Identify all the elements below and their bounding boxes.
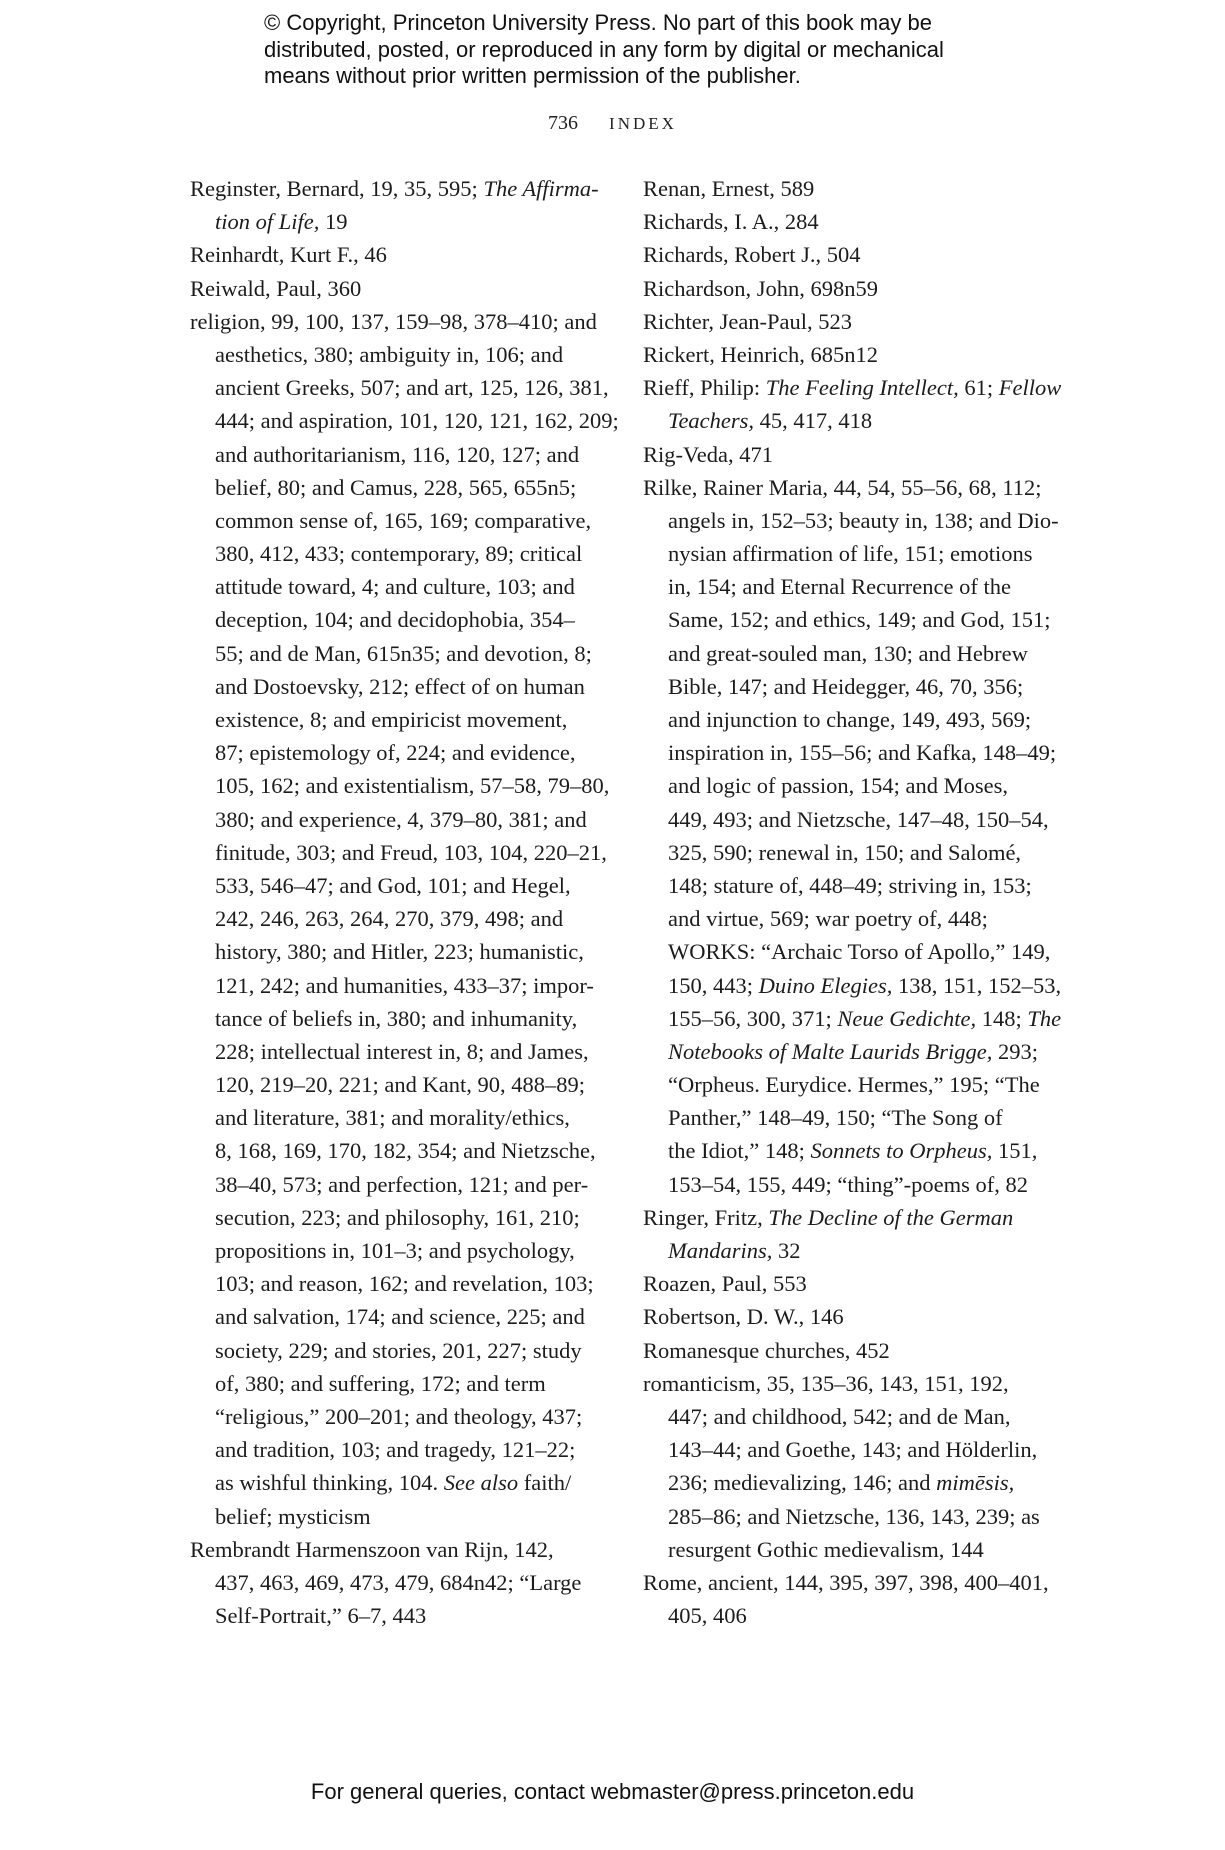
- index-entry: Reiwald, Paul, 360: [190, 272, 620, 305]
- entry-text: 148;: [976, 1006, 1027, 1031]
- index-entry-continuation: attitude toward, 4; and culture, 103; an…: [190, 570, 620, 603]
- entry-text: deception, 104; and decidophobia, 354–: [215, 607, 575, 632]
- entry-text: Same, 152; and ethics, 149; and God, 151…: [668, 607, 1050, 632]
- entry-text: Richards, I. A., 284: [643, 209, 819, 234]
- entry-text: tance of beliefs in, 380; and inhumanity…: [215, 1006, 577, 1031]
- entry-text: 449, 493; and Nietzsche, 147–48, 150–54,: [668, 807, 1049, 832]
- entry-text: as wishful thinking, 104.: [215, 1470, 444, 1495]
- entry-text: 293;: [992, 1039, 1038, 1064]
- index-entry-continuation: WORKS: “Archaic Torso of Apollo,” 149,: [643, 935, 1073, 968]
- copyright-notice: © Copyright, Princeton University Press.…: [264, 10, 1024, 90]
- index-entry-continuation: 533, 546–47; and God, 101; and Hegel,: [190, 869, 620, 902]
- copyright-line: © Copyright, Princeton University Press.…: [264, 10, 1024, 37]
- entry-text: Roazen, Paul, 553: [643, 1271, 807, 1296]
- index-entry-continuation: and great-souled man, 130; and Hebrew: [643, 637, 1073, 670]
- entry-text: romanticism, 35, 135–36, 143, 151, 192,: [643, 1371, 1009, 1396]
- entry-text: Bible, 147; and Heidegger, 46, 70, 356;: [668, 674, 1023, 699]
- entry-text: 285–86; and Nietzsche, 136, 143, 239; as: [668, 1504, 1040, 1529]
- index-entry-continuation: common sense of, 165, 169; comparative,: [190, 504, 620, 537]
- entry-text: and great-souled man, 130; and Hebrew: [668, 641, 1028, 666]
- entry-text: belief; mysticism: [215, 1504, 371, 1529]
- entry-text: and salvation, 174; and science, 225; an…: [215, 1304, 585, 1329]
- entry-text: 228; intellectual interest in, 8; and Ja…: [215, 1039, 589, 1064]
- entry-text: 447; and childhood, 542; and de Man,: [668, 1404, 1010, 1429]
- entry-text: 105, 162; and existentialism, 57–58, 79–…: [215, 773, 609, 798]
- index-entry-continuation: tion of Life, 19: [190, 205, 620, 238]
- index-entry: Richter, Jean-Paul, 523: [643, 305, 1073, 338]
- entry-text: 121, 242; and humanities, 433–37; impor-: [215, 973, 594, 998]
- index-entry: Robertson, D. W., 146: [643, 1300, 1073, 1333]
- entry-text: 155–56, 300, 371;: [668, 1006, 837, 1031]
- work-title: The Feeling Intellect,: [766, 375, 959, 400]
- entry-text: history, 380; and Hitler, 223; humanisti…: [215, 939, 584, 964]
- entry-text: 38–40, 573; and perfection, 121; and per…: [215, 1172, 588, 1197]
- index-entry: Rembrandt Harmenszoon van Rijn, 142,: [190, 1533, 620, 1566]
- entry-text: Self-Portrait,” 6–7, 443: [215, 1603, 426, 1628]
- entry-text: 103; and reason, 162; and revelation, 10…: [215, 1271, 594, 1296]
- entry-text: society, 229; and stories, 201, 227; stu…: [215, 1338, 582, 1363]
- entry-text: existence, 8; and empiricist movement,: [215, 707, 567, 732]
- index-entry-continuation: finitude, 303; and Freud, 103, 104, 220–…: [190, 836, 620, 869]
- entry-text: 87; epistemology of, 224; and evidence,: [215, 740, 576, 765]
- work-title: tion of Life,: [215, 209, 319, 234]
- index-entry-continuation: of, 380; and suffering, 172; and term: [190, 1367, 620, 1400]
- copyright-line: distributed, posted, or reproduced in an…: [264, 37, 1024, 64]
- entry-text: Rickert, Heinrich, 685n12: [643, 342, 878, 367]
- entry-text: and authoritarianism, 116, 120, 127; and: [215, 442, 579, 467]
- entry-text: ancient Greeks, 507; and art, 125, 126, …: [215, 375, 609, 400]
- entry-text: Rembrandt Harmenszoon van Rijn, 142,: [190, 1537, 554, 1562]
- entry-text: Richards, Robert J., 504: [643, 242, 860, 267]
- index-entry-continuation: and tradition, 103; and tragedy, 121–22;: [190, 1433, 620, 1466]
- index-entry: romanticism, 35, 135–36, 143, 151, 192,: [643, 1367, 1073, 1400]
- index-entry: Rickert, Heinrich, 685n12: [643, 338, 1073, 371]
- index-entry-continuation: 55; and de Man, 615n35; and devotion, 8;: [190, 637, 620, 670]
- index-entry-continuation: and logic of passion, 154; and Moses,: [643, 769, 1073, 802]
- index-entry-continuation: and authoritarianism, 116, 120, 127; and: [190, 438, 620, 471]
- entry-text: 380, 412, 433; contemporary, 89; critica…: [215, 541, 582, 566]
- entry-text: faith/: [518, 1470, 571, 1495]
- index-entry-continuation: 153–54, 155, 449; “thing”-poems of, 82: [643, 1168, 1073, 1201]
- work-title: mimēsis,: [936, 1470, 1014, 1495]
- page-number: 736: [548, 112, 578, 134]
- index-entry: Renan, Ernest, 589: [643, 172, 1073, 205]
- index-entry-continuation: and virtue, 569; war poetry of, 448;: [643, 902, 1073, 935]
- index-entry-continuation: existence, 8; and empiricist movement,: [190, 703, 620, 736]
- entry-text: belief, 80; and Camus, 228, 565, 655n5;: [215, 475, 576, 500]
- index-entry: Reinhardt, Kurt F., 46: [190, 238, 620, 271]
- index-entry-continuation: “Orpheus. Eurydice. Hermes,” 195; “The: [643, 1068, 1073, 1101]
- index-entry: Reginster, Bernard, 19, 35, 595; The Aff…: [190, 172, 620, 205]
- entry-text: nysian affirmation of life, 151; emotion…: [668, 541, 1033, 566]
- entry-text: 242, 246, 263, 264, 270, 379, 498; and: [215, 906, 563, 931]
- index-entry-continuation: 236; medievalizing, 146; and mimēsis,: [643, 1466, 1073, 1499]
- entry-text: Panther,” 148–49, 150; “The Song of: [668, 1105, 1003, 1130]
- index-entry-continuation: the Idiot,” 148; Sonnets to Orpheus, 151…: [643, 1134, 1073, 1167]
- index-entry-continuation: belief, 80; and Camus, 228, 565, 655n5;: [190, 471, 620, 504]
- index-entry: Richards, I. A., 284: [643, 205, 1073, 238]
- index-entry-continuation: 449, 493; and Nietzsche, 147–48, 150–54,: [643, 803, 1073, 836]
- entry-text: 405, 406: [668, 1603, 747, 1628]
- index-entry-continuation: 150, 443; Duino Elegies, 138, 151, 152–5…: [643, 969, 1073, 1002]
- index-entry-continuation: 148; stature of, 448–49; striving in, 15…: [643, 869, 1073, 902]
- index-entry-continuation: 405, 406: [643, 1599, 1073, 1632]
- index-entry-continuation: resurgent Gothic medievalism, 144: [643, 1533, 1073, 1566]
- index-entry-continuation: Mandarins, 32: [643, 1234, 1073, 1267]
- index-entry-continuation: 444; and aspiration, 101, 120, 121, 162,…: [190, 404, 620, 437]
- index-entry-continuation: Same, 152; and ethics, 149; and God, 151…: [643, 603, 1073, 636]
- entry-text: WORKS: “Archaic Torso of Apollo,” 149,: [668, 939, 1050, 964]
- entry-text: aesthetics, 380; ambiguity in, 106; and: [215, 342, 563, 367]
- index-entry-continuation: “religious,” 200–201; and theology, 437;: [190, 1400, 620, 1433]
- entry-text: Robertson, D. W., 146: [643, 1304, 844, 1329]
- work-title: Duino Elegies,: [759, 973, 893, 998]
- entry-text: angels in, 152–53; beauty in, 138; and D…: [668, 508, 1059, 533]
- index-column-left: Reginster, Bernard, 19, 35, 595; The Aff…: [190, 172, 620, 1632]
- entry-text: and literature, 381; and morality/ethics…: [215, 1105, 570, 1130]
- index-entry: Richards, Robert J., 504: [643, 238, 1073, 271]
- entry-text: Reginster, Bernard, 19, 35, 595;: [190, 176, 483, 201]
- entry-text: 61;: [959, 375, 999, 400]
- index-entry: Rieff, Philip: The Feeling Intellect, 61…: [643, 371, 1073, 404]
- index-column-right: Renan, Ernest, 589Richards, I. A., 284Ri…: [643, 172, 1073, 1632]
- entry-text: 138, 151, 152–53,: [892, 973, 1061, 998]
- entry-text: resurgent Gothic medievalism, 144: [668, 1537, 984, 1562]
- contact-footer: For general queries, contact webmaster@p…: [0, 1779, 1225, 1805]
- index-entry-continuation: Self-Portrait,” 6–7, 443: [190, 1599, 620, 1632]
- entry-text: 19: [319, 209, 347, 234]
- index-entry-continuation: 228; intellectual interest in, 8; and Ja…: [190, 1035, 620, 1068]
- index-entry-continuation: 380, 412, 433; contemporary, 89; critica…: [190, 537, 620, 570]
- running-head: 736 INDEX: [0, 112, 1225, 135]
- index-entry: Rome, ancient, 144, 395, 397, 398, 400–4…: [643, 1566, 1073, 1599]
- entry-text: Richter, Jean-Paul, 523: [643, 309, 852, 334]
- index-entry-continuation: 121, 242; and humanities, 433–37; impor-: [190, 969, 620, 1002]
- index-entry-continuation: nysian affirmation of life, 151; emotion…: [643, 537, 1073, 570]
- index-entry-continuation: and injunction to change, 149, 493, 569;: [643, 703, 1073, 736]
- index-entry-continuation: inspiration in, 155–56; and Kafka, 148–4…: [643, 736, 1073, 769]
- work-title: The: [1027, 1006, 1061, 1031]
- index-entry: Romanesque churches, 452: [643, 1334, 1073, 1367]
- entry-text: Ringer, Fritz,: [643, 1205, 768, 1230]
- index-entry-continuation: and Dostoevsky, 212; effect of on human: [190, 670, 620, 703]
- index-entry-continuation: 437, 463, 469, 473, 479, 684n42; “Large: [190, 1566, 620, 1599]
- index-entry-continuation: 120, 219–20, 221; and Kant, 90, 488–89;: [190, 1068, 620, 1101]
- entry-text: Renan, Ernest, 589: [643, 176, 814, 201]
- entry-text: attitude toward, 4; and culture, 103; an…: [215, 574, 575, 599]
- index-entry-continuation: 105, 162; and existentialism, 57–58, 79–…: [190, 769, 620, 802]
- index-entry-continuation: angels in, 152–53; beauty in, 138; and D…: [643, 504, 1073, 537]
- index-entry-continuation: 285–86; and Nietzsche, 136, 143, 239; as: [643, 1500, 1073, 1533]
- entry-text: religion, 99, 100, 137, 159–98, 378–410;…: [190, 309, 597, 334]
- entry-text: Richardson, John, 698n59: [643, 276, 878, 301]
- work-title: The Decline of the German: [768, 1205, 1013, 1230]
- entry-text: 120, 219–20, 221; and Kant, 90, 488–89;: [215, 1072, 585, 1097]
- entry-text: and Dostoevsky, 212; effect of on human: [215, 674, 585, 699]
- index-entry-continuation: 447; and childhood, 542; and de Man,: [643, 1400, 1073, 1433]
- entry-text: in, 154; and Eternal Recurrence of the: [668, 574, 1011, 599]
- entry-text: and injunction to change, 149, 493, 569;: [668, 707, 1031, 732]
- work-title: See also: [444, 1470, 518, 1495]
- index-entry-continuation: in, 154; and Eternal Recurrence of the: [643, 570, 1073, 603]
- index-entry-continuation: 8, 168, 169, 170, 182, 354; and Nietzsch…: [190, 1134, 620, 1167]
- index-entry: Ringer, Fritz, The Decline of the German: [643, 1201, 1073, 1234]
- entry-text: 55; and de Man, 615n35; and devotion, 8;: [215, 641, 592, 666]
- entry-text: “religious,” 200–201; and theology, 437;: [215, 1404, 582, 1429]
- index-entry-continuation: and literature, 381; and morality/ethics…: [190, 1101, 620, 1134]
- entry-text: 380; and experience, 4, 379–80, 381; and: [215, 807, 587, 832]
- work-title: Notebooks of Malte Laurids Brigge,: [668, 1039, 992, 1064]
- index-entry-continuation: propositions in, 101–3; and psychology,: [190, 1234, 620, 1267]
- entry-text: Rieff, Philip:: [643, 375, 766, 400]
- entry-text: 444; and aspiration, 101, 120, 121, 162,…: [215, 408, 619, 433]
- entry-text: 143–44; and Goethe, 143; and Hölderlin,: [668, 1437, 1037, 1462]
- index-entry: religion, 99, 100, 137, 159–98, 378–410;…: [190, 305, 620, 338]
- entry-text: Reinhardt, Kurt F., 46: [190, 242, 387, 267]
- index-entry-continuation: 143–44; and Goethe, 143; and Hölderlin,: [643, 1433, 1073, 1466]
- index-entry-continuation: 87; epistemology of, 224; and evidence,: [190, 736, 620, 769]
- work-title: The Affirma-: [483, 176, 598, 201]
- index-entry-continuation: 103; and reason, 162; and revelation, 10…: [190, 1267, 620, 1300]
- index-entry-continuation: Notebooks of Malte Laurids Brigge, 293;: [643, 1035, 1073, 1068]
- entry-text: inspiration in, 155–56; and Kafka, 148–4…: [668, 740, 1056, 765]
- index-entry-continuation: and salvation, 174; and science, 225; an…: [190, 1300, 620, 1333]
- index-entry-continuation: secution, 223; and philosophy, 161, 210;: [190, 1201, 620, 1234]
- index-entry-continuation: deception, 104; and decidophobia, 354–: [190, 603, 620, 636]
- work-title: Neue Gedichte,: [837, 1006, 976, 1031]
- work-title: Sonnets to Orpheus,: [810, 1138, 992, 1163]
- entry-text: propositions in, 101–3; and psychology,: [215, 1238, 575, 1263]
- entry-text: 151,: [992, 1138, 1037, 1163]
- entry-text: 533, 546–47; and God, 101; and Hegel,: [215, 873, 571, 898]
- entry-text: 150, 443;: [668, 973, 759, 998]
- entry-text: Reiwald, Paul, 360: [190, 276, 361, 301]
- entry-text: 153–54, 155, 449; “thing”-poems of, 82: [668, 1172, 1028, 1197]
- index-entry-continuation: Teachers, 45, 417, 418: [643, 404, 1073, 437]
- section-title: INDEX: [609, 114, 677, 133]
- index-entry-continuation: society, 229; and stories, 201, 227; stu…: [190, 1334, 620, 1367]
- entry-text: Rome, ancient, 144, 395, 397, 398, 400–4…: [643, 1570, 1049, 1595]
- index-entry-continuation: belief; mysticism: [190, 1500, 620, 1533]
- entry-text: 148; stature of, 448–49; striving in, 15…: [668, 873, 1032, 898]
- index-entry-continuation: 380; and experience, 4, 379–80, 381; and: [190, 803, 620, 836]
- entry-text: of, 380; and suffering, 172; and term: [215, 1371, 546, 1396]
- index-entry-continuation: tance of beliefs in, 380; and inhumanity…: [190, 1002, 620, 1035]
- index-entry: Rig-Veda, 471: [643, 438, 1073, 471]
- index-entry-continuation: history, 380; and Hitler, 223; humanisti…: [190, 935, 620, 968]
- entry-text: “Orpheus. Eurydice. Hermes,” 195; “The: [668, 1072, 1040, 1097]
- index-entry: Rilke, Rainer Maria, 44, 54, 55–56, 68, …: [643, 471, 1073, 504]
- work-title: Fellow: [999, 375, 1062, 400]
- index-entry-continuation: aesthetics, 380; ambiguity in, 106; and: [190, 338, 620, 371]
- index-entry: Richardson, John, 698n59: [643, 272, 1073, 305]
- entry-text: Romanesque churches, 452: [643, 1338, 890, 1363]
- entry-text: 45, 417, 418: [754, 408, 872, 433]
- copyright-line: means without prior written permission o…: [264, 63, 1024, 90]
- entry-text: common sense of, 165, 169; comparative,: [215, 508, 591, 533]
- index-entry-continuation: 38–40, 573; and perfection, 121; and per…: [190, 1168, 620, 1201]
- entry-text: and logic of passion, 154; and Moses,: [668, 773, 1008, 798]
- work-title: Teachers,: [668, 408, 754, 433]
- index-entry-continuation: as wishful thinking, 104. See also faith…: [190, 1466, 620, 1499]
- index-entry-continuation: 325, 590; renewal in, 150; and Salomé,: [643, 836, 1073, 869]
- index-entry: Roazen, Paul, 553: [643, 1267, 1073, 1300]
- entry-text: and virtue, 569; war poetry of, 448;: [668, 906, 988, 931]
- entry-text: 8, 168, 169, 170, 182, 354; and Nietzsch…: [215, 1138, 596, 1163]
- index-entry-continuation: Bible, 147; and Heidegger, 46, 70, 356;: [643, 670, 1073, 703]
- entry-text: and tradition, 103; and tragedy, 121–22;: [215, 1437, 575, 1462]
- entry-text: Rig-Veda, 471: [643, 442, 773, 467]
- entry-text: 325, 590; renewal in, 150; and Salomé,: [668, 840, 1021, 865]
- entry-text: Rilke, Rainer Maria, 44, 54, 55–56, 68, …: [643, 475, 1042, 500]
- entry-text: 236; medievalizing, 146; and: [668, 1470, 936, 1495]
- index-entry-continuation: Panther,” 148–49, 150; “The Song of: [643, 1101, 1073, 1134]
- index-entry-continuation: 242, 246, 263, 264, 270, 379, 498; and: [190, 902, 620, 935]
- index-entry-continuation: 155–56, 300, 371; Neue Gedichte, 148; Th…: [643, 1002, 1073, 1035]
- entry-text: finitude, 303; and Freud, 103, 104, 220–…: [215, 840, 607, 865]
- entry-text: secution, 223; and philosophy, 161, 210;: [215, 1205, 580, 1230]
- entry-text: 32: [772, 1238, 800, 1263]
- work-title: Mandarins,: [668, 1238, 772, 1263]
- entry-text: the Idiot,” 148;: [668, 1138, 810, 1163]
- entry-text: 437, 463, 469, 473, 479, 684n42; “Large: [215, 1570, 581, 1595]
- index-entry-continuation: ancient Greeks, 507; and art, 125, 126, …: [190, 371, 620, 404]
